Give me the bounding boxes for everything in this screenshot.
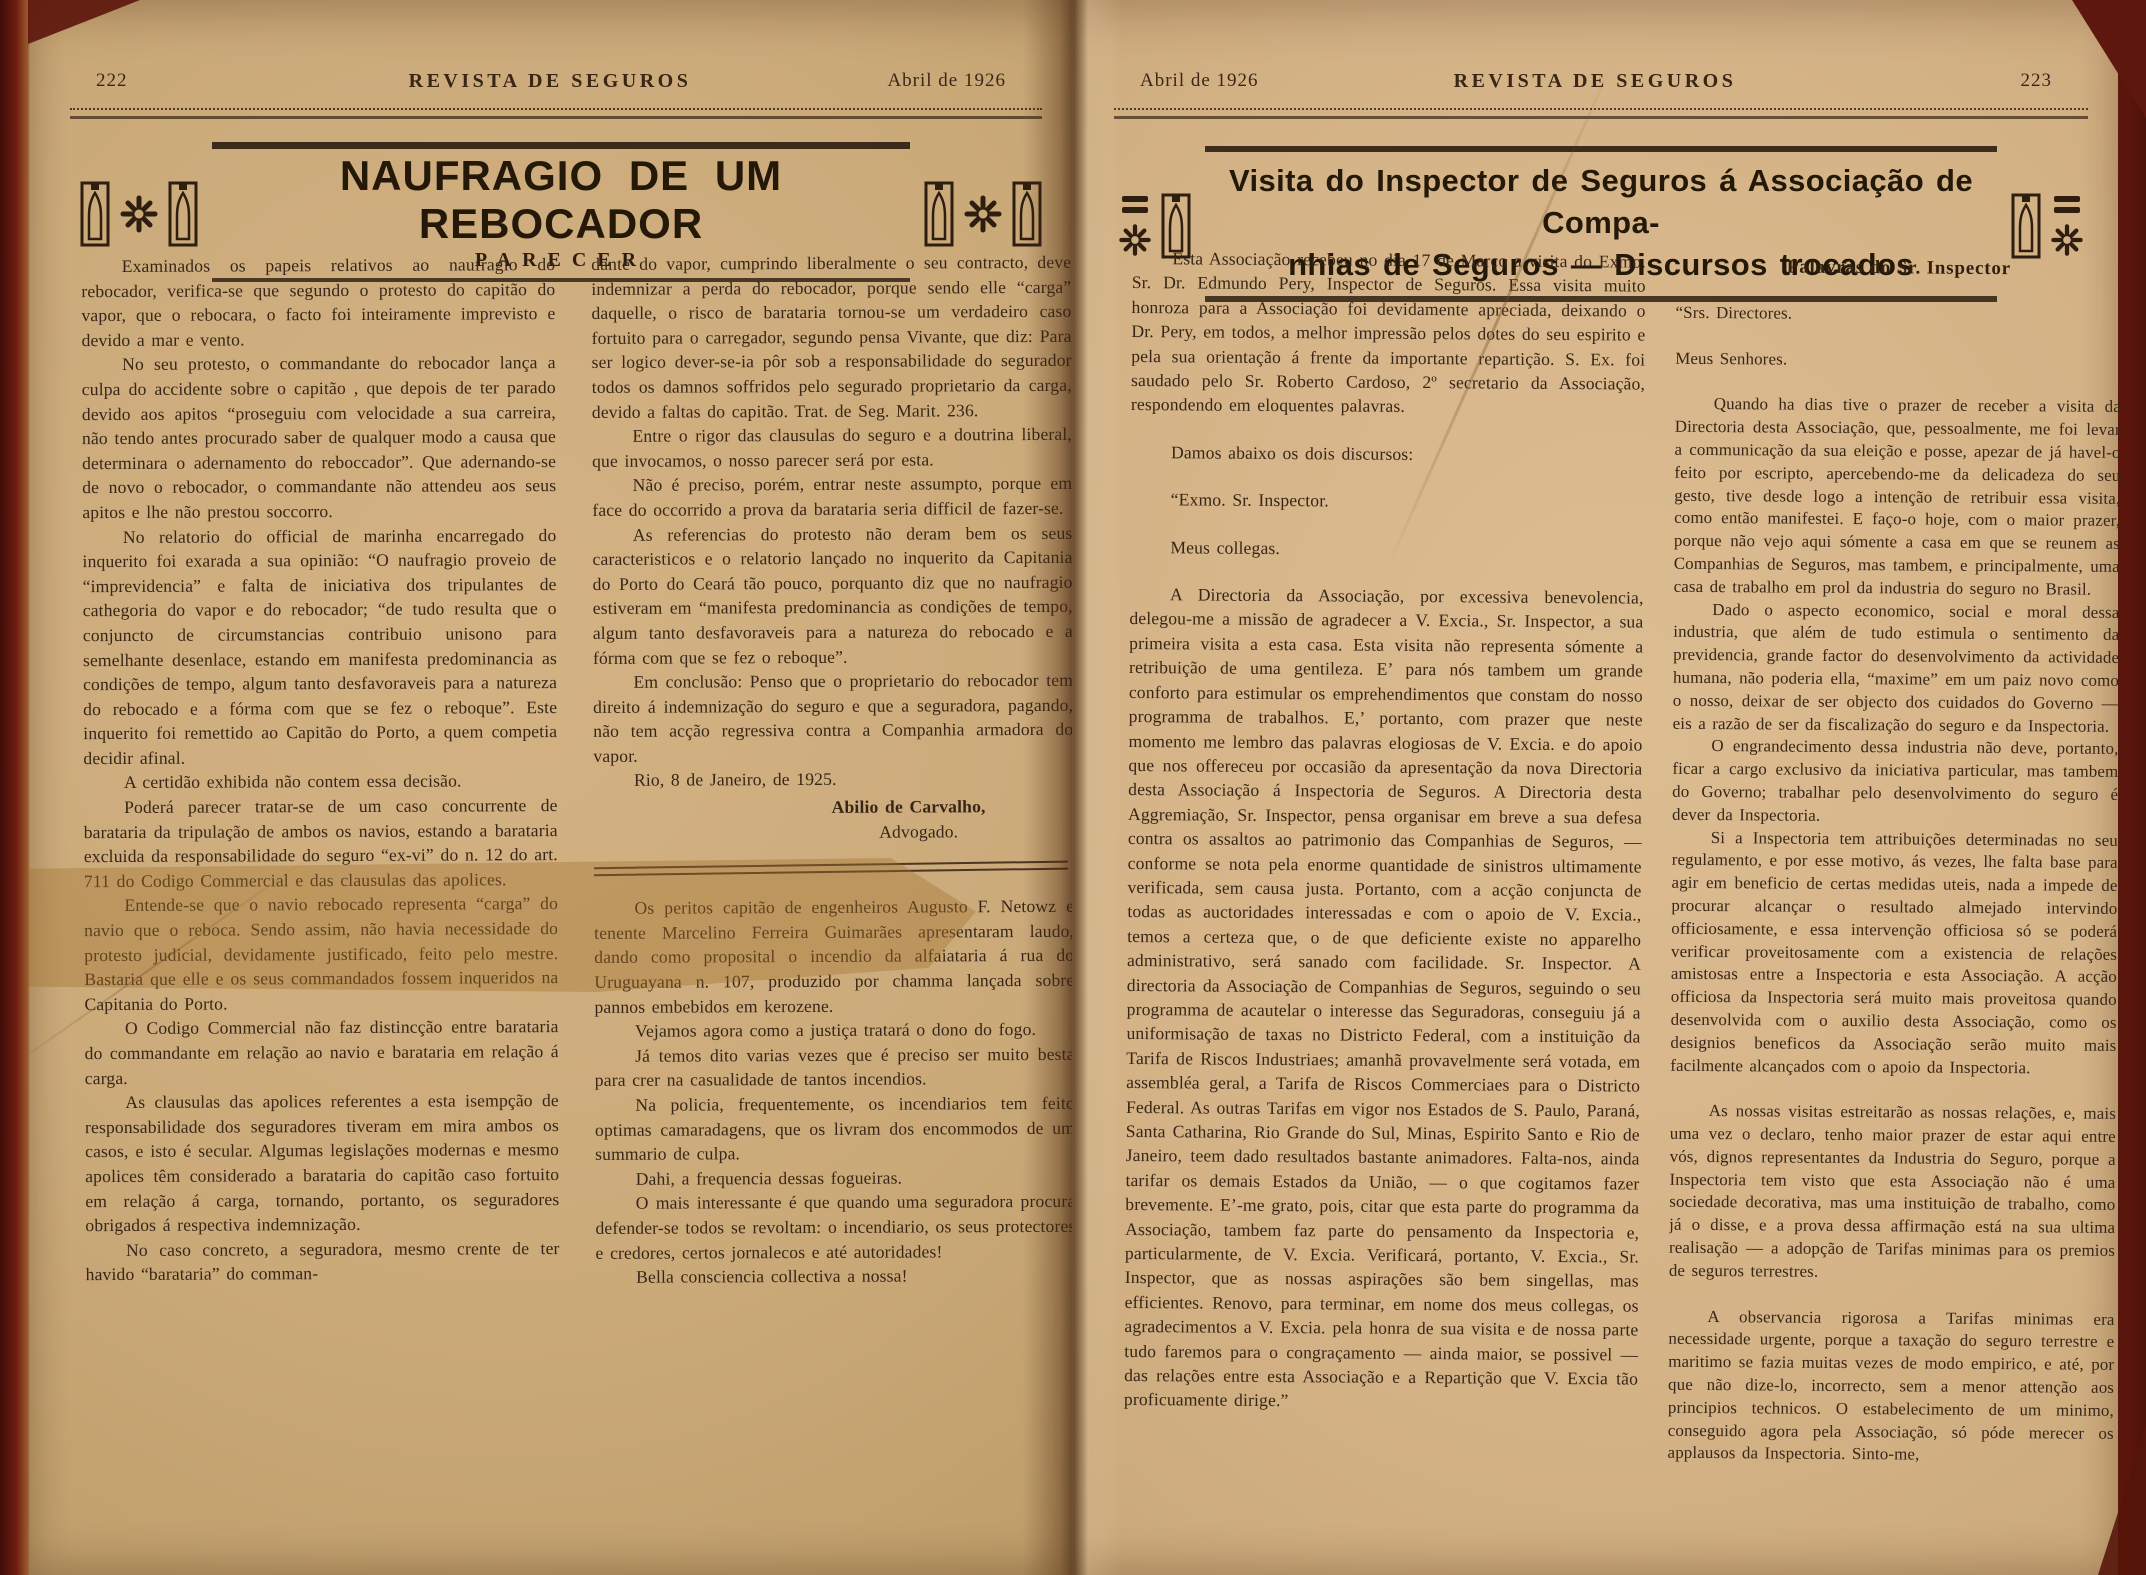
right-journal-title: REVISTA DE SEGUROS <box>1454 70 1737 93</box>
paragraph: A Directoria da Associação, por excessiv… <box>1124 582 1644 1415</box>
goblet-ornament-icon <box>924 181 954 247</box>
paragraph: No relatorio do official de marinha enca… <box>82 523 557 771</box>
paragraph: Poderá parecer tratar-se de um caso conc… <box>84 793 558 893</box>
left-header-rule-dotted <box>70 108 1042 110</box>
paragraph: Dado o aspecto economico, social e moral… <box>1673 598 2120 738</box>
left-journal-title: REVISTA DE SEGUROS <box>409 70 692 93</box>
flower-ornament-icon <box>2050 223 2084 257</box>
right-article-title-line1: Visita do Inspector de Seguros á Associa… <box>1209 160 1993 244</box>
paragraph: Já temos dito varias vezes que é preciso… <box>595 1042 1075 1093</box>
page-right: Abril de 1926 REVISTA DE SEGUROS 223 Vis… <box>1072 0 2118 1575</box>
paragraph: As nossas visitas estreitarão as nossas … <box>1669 1100 2116 1285</box>
left-page-columns: Examinados os papeis relativos ao naufra… <box>81 250 1077 1554</box>
paragraph: Dahi, a frequencia dessas fogueiras. <box>595 1165 1075 1192</box>
page-left: 222 REVISTA DE SEGUROS Abril de 1926 NAU… <box>28 0 1072 1575</box>
scan-edge-left <box>0 0 30 1575</box>
paragraph: Quando ha dias tive o prazer de receber … <box>1674 393 2121 601</box>
paragraph: Bella consciencia collectiva a nossa! <box>596 1263 1076 1290</box>
paragraph: No caso concreto, a seguradora, mesmo cr… <box>85 1236 559 1287</box>
paragraph: Entre o rigor das clausulas do seguro e … <box>592 422 1072 473</box>
incendio-note-article: Os peritos capitão de engenheiros August… <box>594 894 1076 1290</box>
paragraph: O mais interessante é que quando uma seg… <box>595 1189 1075 1265</box>
left-running-head: 222 REVISTA DE SEGUROS Abril de 1926 <box>28 70 1072 100</box>
left-column-2: dante do vapor, cumprindo liberalmente o… <box>591 250 1077 1552</box>
right-page-columns: Esta Associação recebeu no dia 17 de Mar… <box>1123 246 2122 1568</box>
right-column-2: Palavras do Sr. Inspector “Srs. Director… <box>1667 250 2122 1568</box>
paragraph: As referencias do protesto não deram bem… <box>592 520 1073 670</box>
scan-edge-right <box>2130 0 2146 1575</box>
left-column-1: Examinados os papeis relativos ao naufra… <box>81 252 561 1554</box>
double-bar-ornament-icon <box>2054 196 2080 213</box>
paragraph: Esta Associação recebeu no dia 17 de Mar… <box>1131 246 1646 420</box>
paragraph: Na policia, frequentemente, os incendiar… <box>595 1091 1075 1167</box>
paragraph: Meus collegas. <box>1130 535 1644 563</box>
paragraph: Entende-se que o navio rebocado represen… <box>84 892 559 1017</box>
paragraph: Os peritos capitão de engenheiros August… <box>594 894 1075 1019</box>
right-column-1: Esta Associação recebeu no dia 17 de Mar… <box>1123 246 1646 1565</box>
paragraph: dante do vapor, cumprindo liberalmente o… <box>591 250 1072 424</box>
paragraph: “Exmo. Sr. Inspector. <box>1130 487 1644 515</box>
paragraph: A certidão exhibida não contem essa deci… <box>83 769 557 796</box>
goblet-ornament-icon <box>80 181 110 247</box>
left-article-title: NAUFRAGIO DE UM REBOCADOR <box>218 152 904 248</box>
paragraph: Em conclusão: Penso que o proprietario d… <box>593 668 1073 768</box>
paragraph: Não é preciso, porém, entrar neste assum… <box>592 471 1072 522</box>
left-header-rule-solid <box>70 116 1042 119</box>
right-running-head: Abril de 1926 REVISTA DE SEGUROS 223 <box>1072 70 2118 100</box>
magazine-spread: 222 REVISTA DE SEGUROS Abril de 1926 NAU… <box>0 0 2146 1575</box>
right-page-number: 223 <box>2021 70 2053 92</box>
inspector-speech-body: “Srs. Directores.Meus Senhores.Quando ha… <box>1668 302 2122 1469</box>
paragraph: No seu protesto, o commandante do reboca… <box>82 350 557 524</box>
paragraph: Examinados os papeis relativos ao naufra… <box>81 252 555 352</box>
flower-ornament-icon <box>119 194 159 234</box>
left-page-number: 222 <box>96 70 128 92</box>
left-issue-date: Abril de 1926 <box>887 70 1006 92</box>
paragraph: Si a Inspectoria tem attribuições determ… <box>1670 826 2118 1080</box>
paragraph: O engrandecimento dessa industria não de… <box>1672 735 2119 829</box>
flower-ornament-icon <box>963 194 1003 234</box>
parecer-article-end: dante do vapor, cumprindo liberalmente o… <box>591 250 1074 845</box>
paragraph: A observancia rigorosa a Tarifas minimas… <box>1668 1305 2115 1468</box>
paragraph: Rio, 8 de Janeiro, de 1925. <box>593 766 1073 793</box>
paragraph: O Codigo Commercial não faz distincção e… <box>84 1014 558 1090</box>
goblet-ornament-icon <box>168 181 198 247</box>
double-bar-ornament-icon <box>1122 196 1148 213</box>
paragraph: “Srs. Directores. <box>1675 302 2121 328</box>
paragraph: Damos abaixo os dois discursos: <box>1130 440 1644 468</box>
right-header-rule-dotted <box>1114 108 2088 110</box>
right-header-rule-solid <box>1114 116 2088 119</box>
goblet-ornament-icon <box>1012 181 1042 247</box>
paragraph: Meus Senhores. <box>1675 347 2121 373</box>
paragraph: Vejamos agora como a justiça tratará o d… <box>595 1017 1075 1044</box>
right-issue-date: Abril de 1926 <box>1140 70 1259 92</box>
paragraph: Advogado. <box>594 818 1074 845</box>
inspector-speech-heading: Palavras do Sr. Inspector <box>1676 256 2122 282</box>
goblet-ornament-icon <box>2011 193 2041 259</box>
article-divider-rule <box>594 861 1068 877</box>
paragraph: Abilio de Carvalho, <box>594 794 1074 821</box>
paragraph: As clausulas das apolices referentes a e… <box>85 1088 560 1238</box>
